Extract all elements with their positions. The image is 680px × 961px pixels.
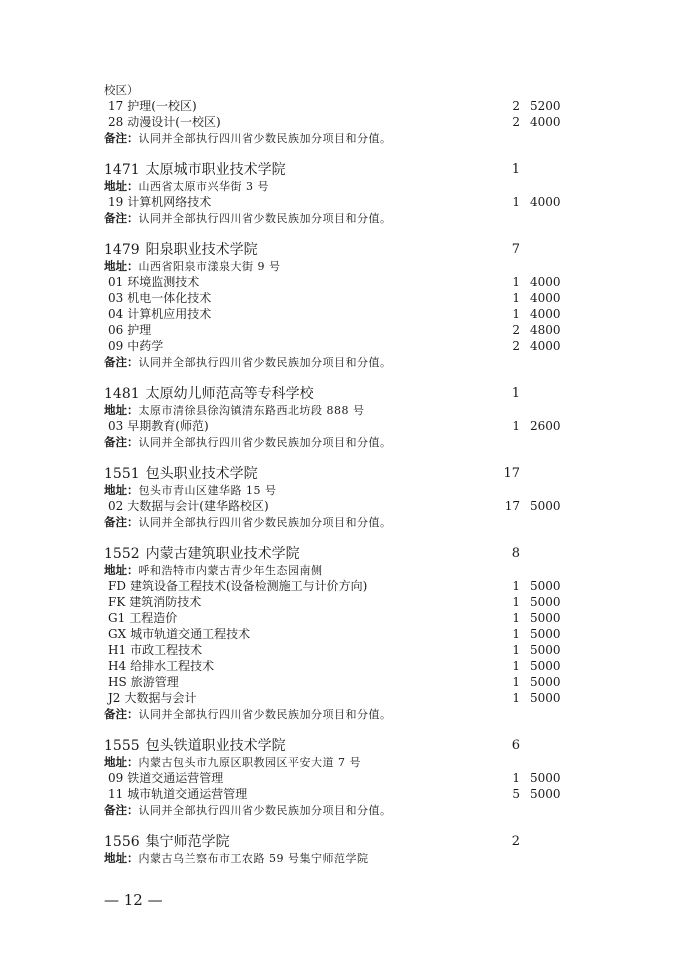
address-row: 地址：呼和浩特市内蒙古青少年生态园南侧: [104, 562, 323, 578]
major-row: H4给排水工程技术: [108, 658, 214, 674]
major-row: 09中药学: [108, 338, 163, 354]
major-row: 04计算机应用技术: [108, 306, 211, 322]
address-text: 内蒙古乌兰察布市工农路 59 号集宁师范学院: [139, 852, 369, 865]
note-row: 备注：认同并全部执行四川省少数民族加分项目和分值。: [104, 706, 392, 722]
note-label: 备注：: [104, 355, 139, 369]
school-name: 太原幼儿师范高等专科学校: [146, 386, 314, 402]
note-text: 认同并全部执行四川省少数民族加分项目和分值。: [139, 356, 392, 369]
note-row: 备注：认同并全部执行四川省少数民族加分项目和分值。: [104, 210, 392, 226]
note-label: 备注：: [104, 435, 139, 449]
major-code: GX: [108, 626, 126, 642]
major-count: 1: [490, 418, 520, 434]
major-row: G1工程造价: [108, 610, 177, 626]
major-count: 2: [490, 322, 520, 338]
document-page: 校区） 17护理(一校区) 2 5200 28动漫设计(一校区) 2 4000 …: [0, 0, 680, 961]
major-code: FK: [108, 594, 125, 610]
major-name: 大数据与会计: [124, 691, 196, 705]
school-total: 6: [490, 737, 520, 755]
major-code: FD: [108, 578, 126, 594]
note-text: 认同并全部执行四川省少数民族加分项目和分值。: [139, 516, 392, 529]
school-name: 包头职业技术学院: [146, 466, 258, 482]
school-header: 1479阳泉职业技术学院: [104, 241, 258, 259]
major-row: 01环境监测技术: [108, 274, 199, 290]
major-score: 5000: [530, 498, 560, 514]
major-count: 1: [490, 194, 520, 210]
major-score: 5000: [530, 658, 560, 674]
address-label: 地址：: [104, 259, 139, 273]
major-row: H1市政工程技术: [108, 642, 202, 658]
major-row: FD建筑设备工程技术(设备检测施工与计价方向): [108, 578, 367, 594]
major-code: 06: [108, 322, 123, 338]
major-count: 2: [490, 114, 520, 130]
school-code: 1552: [104, 546, 140, 562]
major-count: 1: [490, 306, 520, 322]
address-text: 山西省阳泉市漾泉大街 9 号: [139, 260, 281, 273]
address-row: 地址：太原市清徐县徐沟镇清东路西北坊段 888 号: [104, 402, 365, 418]
school-total: 7: [490, 241, 520, 259]
major-code: 02: [108, 498, 123, 514]
address-label: 地址：: [104, 179, 139, 193]
major-code: 19: [108, 194, 123, 210]
address-label: 地址：: [104, 755, 139, 769]
major-count: 1: [490, 290, 520, 306]
school-total: 1: [490, 385, 520, 403]
major-row: 19计算机网络技术: [108, 194, 211, 210]
note-label: 备注：: [104, 803, 139, 817]
major-row: 06护理: [108, 322, 151, 338]
school-code: 1551: [104, 466, 140, 482]
major-row: GX城市轨道交通工程技术: [108, 626, 250, 642]
major-code: HS: [108, 674, 127, 690]
major-score: 5000: [530, 770, 560, 786]
major-count: 1: [490, 690, 520, 706]
major-name: 城市轨道交通运营管理: [127, 787, 247, 801]
school-code: 1556: [104, 834, 140, 850]
major-name: 大数据与会计(建华路校区): [127, 499, 268, 513]
note-row: 备注：认同并全部执行四川省少数民族加分项目和分值。: [104, 130, 392, 146]
address-row: 地址：包头市青山区建华路 15 号: [104, 482, 277, 498]
note-row: 备注：认同并全部执行四川省少数民族加分项目和分值。: [104, 354, 392, 370]
note-text: 认同并全部执行四川省少数民族加分项目和分值。: [139, 708, 392, 721]
address-row: 地址：山西省太原市兴华街 3 号: [104, 178, 269, 194]
address-text: 呼和浩特市内蒙古青少年生态园南侧: [139, 564, 323, 577]
major-count: 1: [490, 578, 520, 594]
continuation-text: 校区）: [104, 82, 139, 98]
major-code: 01: [108, 274, 123, 290]
address-text: 内蒙古包头市九原区职教园区平安大道 7 号: [139, 756, 362, 769]
page-number: — 12 —: [104, 890, 163, 910]
school-header: 1556集宁师范学院: [104, 833, 230, 851]
major-code: 09: [108, 770, 123, 786]
major-count: 2: [490, 98, 520, 114]
major-name: 护理: [127, 323, 151, 337]
major-count: 1: [490, 770, 520, 786]
major-count: 1: [490, 658, 520, 674]
school-code: 1479: [104, 242, 140, 258]
address-text: 山西省太原市兴华街 3 号: [139, 180, 270, 193]
major-name: 动漫设计(一校区): [127, 115, 220, 129]
school-code: 1481: [104, 386, 140, 402]
major-code: 03: [108, 418, 123, 434]
major-row: J2大数据与会计: [108, 690, 196, 706]
note-text: 认同并全部执行四川省少数民族加分项目和分值。: [139, 132, 392, 145]
major-name: 建筑设备工程技术(设备检测施工与计价方向): [130, 579, 367, 593]
school-code: 1555: [104, 738, 140, 754]
address-label: 地址：: [104, 483, 139, 497]
note-label: 备注：: [104, 131, 139, 145]
major-name: 旅游管理: [131, 675, 179, 689]
major-count: 1: [490, 674, 520, 690]
major-code: 04: [108, 306, 123, 322]
major-code: H1: [108, 642, 126, 658]
major-code: 17: [108, 98, 123, 114]
address-row: 地址：内蒙古乌兰察布市工农路 59 号集宁师范学院: [104, 850, 369, 866]
major-score: 4800: [530, 322, 560, 338]
major-score: 5000: [530, 610, 560, 626]
major-row: 11城市轨道交通运营管理: [108, 786, 247, 802]
major-count: 1: [490, 274, 520, 290]
major-name: 早期教育(师范): [127, 419, 208, 433]
major-code: J2: [108, 690, 120, 706]
major-score: 5000: [530, 674, 560, 690]
major-name: 市政工程技术: [130, 643, 202, 657]
major-name: 建筑消防技术: [129, 595, 201, 609]
major-count: 5: [490, 786, 520, 802]
school-name: 包头铁道职业技术学院: [146, 738, 286, 754]
major-score: 5000: [530, 594, 560, 610]
major-score: 5000: [530, 626, 560, 642]
major-code: 11: [108, 786, 123, 802]
school-name: 集宁师范学院: [146, 834, 230, 850]
major-name: 环境监测技术: [127, 275, 199, 289]
school-name: 阳泉职业技术学院: [146, 242, 258, 258]
address-text: 太原市清徐县徐沟镇清东路西北坊段 888 号: [139, 404, 365, 417]
major-code: 03: [108, 290, 123, 306]
major-score: 5200: [530, 98, 560, 114]
major-score: 5000: [530, 690, 560, 706]
address-label: 地址：: [104, 403, 139, 417]
school-total: 2: [490, 833, 520, 851]
address-row: 地址：内蒙古包头市九原区职教园区平安大道 7 号: [104, 754, 361, 770]
address-row: 地址：山西省阳泉市漾泉大街 9 号: [104, 258, 281, 274]
school-header: 1481太原幼儿师范高等专科学校: [104, 385, 314, 403]
major-score: 4000: [530, 290, 560, 306]
major-score: 5000: [530, 578, 560, 594]
address-label: 地址：: [104, 563, 139, 577]
note-text: 认同并全部执行四川省少数民族加分项目和分值。: [139, 804, 392, 817]
address-text: 包头市青山区建华路 15 号: [139, 484, 277, 497]
major-name: 城市轨道交通工程技术: [130, 627, 250, 641]
major-row: HS旅游管理: [108, 674, 179, 690]
school-total: 17: [490, 465, 520, 483]
major-code: 09: [108, 338, 123, 354]
major-name: 机电一体化技术: [127, 291, 211, 305]
major-row: 09铁道交通运营管理: [108, 770, 223, 786]
major-score: 5000: [530, 642, 560, 658]
major-code: 28: [108, 114, 123, 130]
major-count: 2: [490, 338, 520, 354]
major-score: 4000: [530, 274, 560, 290]
major-count: 1: [490, 626, 520, 642]
school-total: 1: [490, 161, 520, 179]
address-label: 地址：: [104, 851, 139, 865]
major-row: 17护理(一校区): [108, 98, 197, 114]
major-code: G1: [108, 610, 125, 626]
major-row: 03机电一体化技术: [108, 290, 211, 306]
note-label: 备注：: [104, 515, 139, 529]
major-row: FK建筑消防技术: [108, 594, 201, 610]
major-count: 1: [490, 610, 520, 626]
note-row: 备注：认同并全部执行四川省少数民族加分项目和分值。: [104, 514, 392, 530]
major-name: 给排水工程技术: [130, 659, 214, 673]
major-score: 5000: [530, 786, 560, 802]
school-header: 1555包头铁道职业技术学院: [104, 737, 286, 755]
note-row: 备注：认同并全部执行四川省少数民族加分项目和分值。: [104, 434, 392, 450]
major-score: 4000: [530, 306, 560, 322]
major-name: 计算机应用技术: [127, 307, 211, 321]
major-row: 02大数据与会计(建华路校区): [108, 498, 269, 514]
major-code: H4: [108, 658, 126, 674]
major-name: 工程造价: [129, 611, 177, 625]
note-label: 备注：: [104, 707, 139, 721]
major-score: 4000: [530, 194, 560, 210]
major-score: 4000: [530, 338, 560, 354]
major-count: 1: [490, 594, 520, 610]
major-score: 4000: [530, 114, 560, 130]
major-row: 03早期教育(师范): [108, 418, 209, 434]
note-text: 认同并全部执行四川省少数民族加分项目和分值。: [139, 436, 392, 449]
major-row: 28动漫设计(一校区): [108, 114, 221, 130]
school-header: 1552内蒙古建筑职业技术学院: [104, 545, 300, 563]
note-text: 认同并全部执行四川省少数民族加分项目和分值。: [139, 212, 392, 225]
school-name: 内蒙古建筑职业技术学院: [146, 546, 300, 562]
school-header: 1471太原城市职业技术学院: [104, 161, 286, 179]
major-score: 2600: [530, 418, 560, 434]
school-name: 太原城市职业技术学院: [146, 162, 286, 178]
major-name: 护理(一校区): [127, 99, 196, 113]
note-row: 备注：认同并全部执行四川省少数民族加分项目和分值。: [104, 802, 392, 818]
note-label: 备注：: [104, 211, 139, 225]
major-name: 计算机网络技术: [127, 195, 211, 209]
major-count: 1: [490, 642, 520, 658]
major-count: 17: [490, 498, 520, 514]
major-name: 铁道交通运营管理: [127, 771, 223, 785]
school-header: 1551包头职业技术学院: [104, 465, 258, 483]
school-total: 8: [490, 545, 520, 563]
school-code: 1471: [104, 162, 140, 178]
major-name: 中药学: [127, 339, 163, 353]
